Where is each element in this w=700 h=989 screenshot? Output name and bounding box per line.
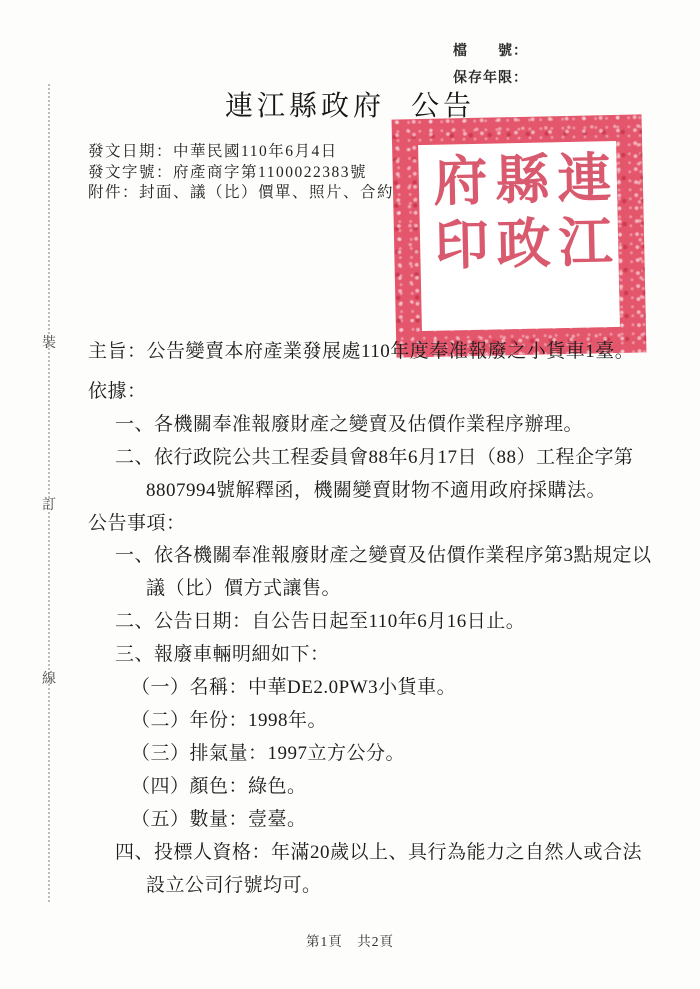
issue-date-line: 發文日期：中華民國110年6月4日 <box>88 142 411 163</box>
issuing-agency: 連江縣政府 <box>225 91 385 122</box>
announce-item-3: 三、報廢車輛明細如下： <box>88 639 653 672</box>
attachments-line: 附件：封面、議（比）價單、照片、合約書 <box>88 183 411 204</box>
binding-mark-ding: 訂 <box>40 494 58 514</box>
vehicle-detail-color: （四）顏色：綠色。 <box>88 771 653 804</box>
vehicle-detail-year: （二）年份：1998年。 <box>88 705 653 738</box>
announcement-body: 主旨：公告變賣本府產業發展處110年度奉准報廢之小貨車1臺。 依據： 一、各機關… <box>88 336 653 902</box>
vehicle-detail-quantity: （五）數量：壹臺。 <box>88 804 653 837</box>
announce-item-4: 四、投標人資格：年滿20歲以上、具行為能力之自然人或合法設立公司行號均可。 <box>88 837 653 903</box>
binding-mark-xian: 線 <box>40 668 58 688</box>
subject-line: 主旨：公告變賣本府產業發展處110年度奉准報廢之小貨車1臺。 <box>88 336 653 369</box>
basis-item-2: 二、依行政院公共工程委員會88年6月17日（88）工程企字第8807994號解釋… <box>88 442 653 508</box>
vehicle-detail-displacement: （三）排氣量：1997立方公分。 <box>88 738 653 771</box>
official-seal-icon: 連江縣政府印 <box>392 114 647 357</box>
binding-mark-zhuang: 裝 <box>40 332 58 352</box>
basis-label: 依據： <box>88 376 653 409</box>
doc-number-line: 發文字號：府產商字第1100022383號 <box>88 163 411 184</box>
document-meta: 發文日期：中華民國110年6月4日 發文字號：府產商字第1100022383號 … <box>88 142 411 204</box>
seal-inner-face: 連江縣政府印 <box>418 141 620 331</box>
announce-item-1: 一、依各機關奉准報廢財產之變賣及估價作業程序第3點規定以議（比）價方式讓售。 <box>88 540 653 606</box>
seal-characters: 連江縣政府印 <box>424 149 614 323</box>
announcement-items-label: 公告事項： <box>88 508 653 541</box>
basis-item-1: 一、各機關奉准報廢財產之變賣及估價作業程序辦理。 <box>88 409 653 442</box>
announce-item-2: 二、公告日期：自公告日起至110年6月16日止。 <box>88 606 653 639</box>
binding-dotted-line <box>48 84 50 902</box>
file-number-label: 檔 號： <box>453 38 528 65</box>
page-number-footer: 第1頁 共2頁 <box>0 930 700 950</box>
scanned-announcement-page: 檔 號： 保存年限： 連江縣政府公告 發文日期：中華民國110年6月4日 發文字… <box>0 0 700 989</box>
vehicle-detail-name: （一）名稱：中華DE2.0PW3小貨車。 <box>88 672 653 705</box>
